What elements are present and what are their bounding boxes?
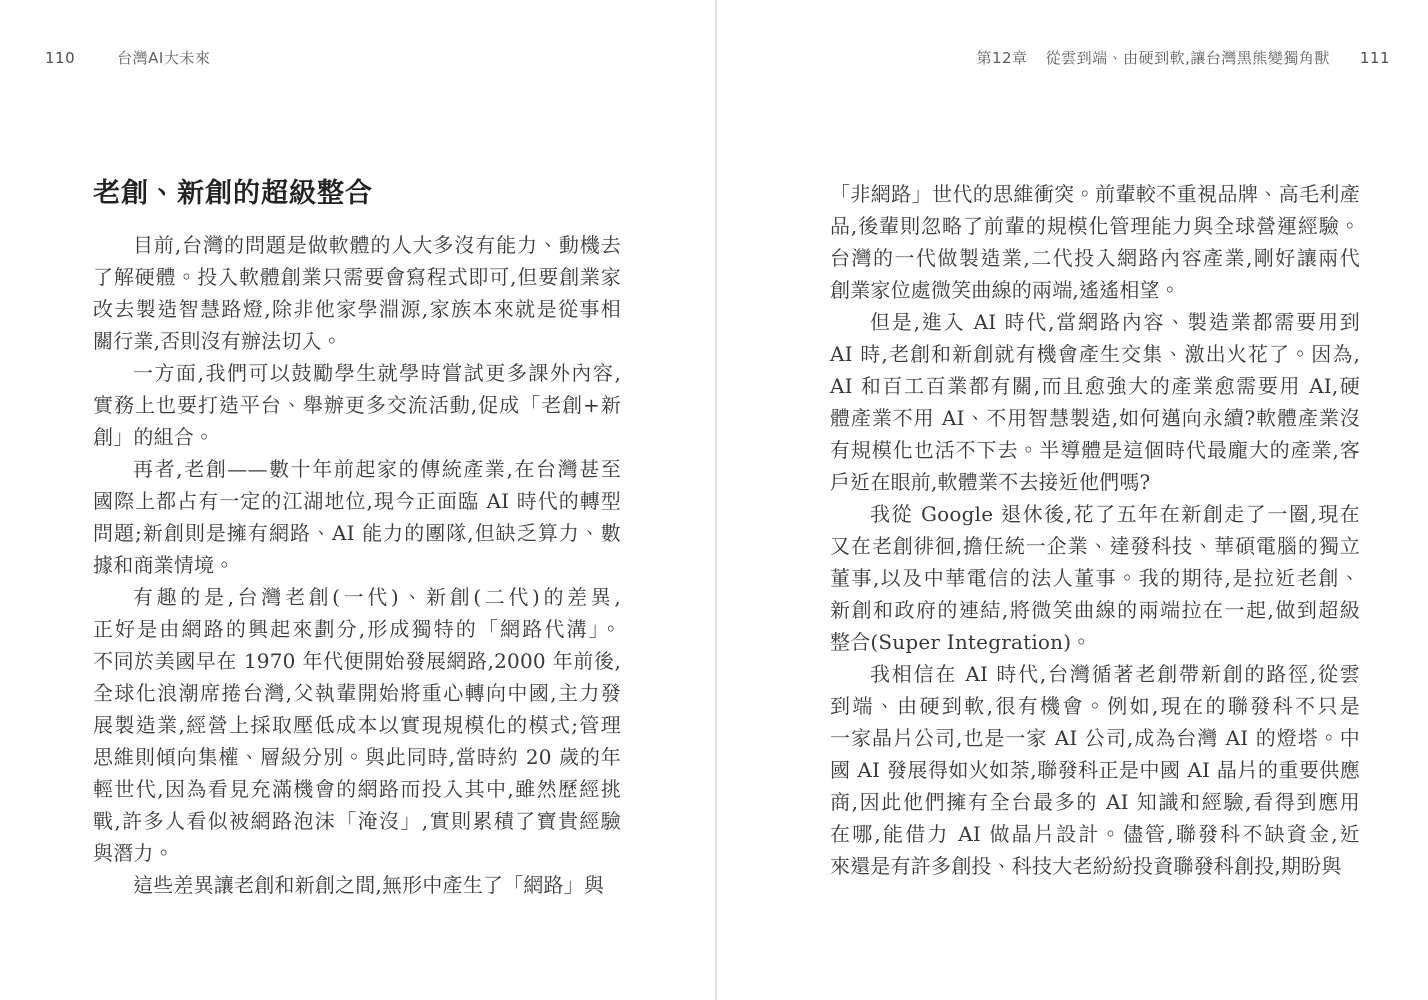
text-line: 目前,台灣的問題是做軟體的人大多沒有能力、動機去 <box>93 229 621 261</box>
right-text-column: 「非網路」世代的思維衝突。前輩較不重視品牌、高毛利產品,後輩則忽略了前輩的規模化… <box>830 178 1360 882</box>
text-line: 關行業,否則沒有辦法切入。 <box>93 325 621 357</box>
text-line: 實務上也要打造平台、舉辦更多交流活動,促成「老創+新 <box>93 389 621 421</box>
text-line: 又在老創徘徊,擔任統一企業、達發科技、華碩電腦的獨立 <box>830 530 1360 562</box>
text-line: 這些差異讓老創和新創之間,無形中產生了「網路」與 <box>93 869 621 901</box>
left-paragraphs: 目前,台灣的問題是做軟體的人大多沒有能力、動機去了解硬體。投入軟體創業只需要會寫… <box>93 229 621 901</box>
left-text-column: 老創、新創的超級整合 目前,台灣的問題是做軟體的人大多沒有能力、動機去了解硬體。… <box>93 178 621 901</box>
text-line: 商,因此他們擁有全台最多的 AI 知識和經驗,看得到應用 <box>830 786 1360 818</box>
text-line: 戶近在眼前,軟體業不去接近他們嗎? <box>830 466 1360 498</box>
left-running-title: 台灣AI大未來 <box>117 49 210 67</box>
section-heading: 老創、新創的超級整合 <box>93 178 621 210</box>
text-line: 我從 Google 退休後,花了五年在新創走了一圈,現在 <box>830 498 1360 530</box>
left-running-header: 110台灣AI大未來 <box>45 47 210 68</box>
text-line: 我相信在 AI 時代,台灣循著老創帶新創的路徑,從雲 <box>830 658 1360 690</box>
book-spread: 110台灣AI大未來 老創、新創的超級整合 目前,台灣的問題是做軟體的人大多沒有… <box>0 0 1428 1000</box>
text-line: 輕世代,因為看見充滿機會的網路而投入其中,雖然歷經挑 <box>93 773 621 805</box>
text-line: AI 時,老創和新創就有機會產生交集、激出火花了。因為, <box>830 338 1360 370</box>
text-line: 體產業不用 AI、不用智慧製造,如何邁向永續?軟體產業沒 <box>830 402 1360 434</box>
text-line: 改去製造智慧路燈,除非他家學淵源,家族本來就是從事相 <box>93 293 621 325</box>
text-line: 品,後輩則忽略了前輩的規模化管理能力與全球營運經驗。 <box>830 210 1360 242</box>
right-running-header: 第12章從雲到端、由硬到軟,讓台灣黑熊變獨角獸111 <box>976 47 1390 68</box>
text-line: 創」的組合。 <box>93 421 621 453</box>
paragraph: 我從 Google 退休後,花了五年在新創走了一圈,現在又在老創徘徊,擔任統一企… <box>830 498 1360 658</box>
text-line: 「非網路」世代的思維衝突。前輩較不重視品牌、高毛利產 <box>830 178 1360 210</box>
paragraph: 這些差異讓老創和新創之間,無形中產生了「網路」與 <box>93 869 621 901</box>
paragraph: 有趣的是,台灣老創(一代)、新創(二代)的差異,正好是由網路的興起來劃分,形成獨… <box>93 581 621 869</box>
text-line: AI 和百工百業都有關,而且愈強大的產業愈需要用 AI,硬 <box>830 370 1360 402</box>
right-paragraphs: 「非網路」世代的思維衝突。前輩較不重視品牌、高毛利產品,後輩則忽略了前輩的規模化… <box>830 178 1360 882</box>
text-line: 來還是有許多創投、科技大老紛紛投資聯發科創投,期盼與 <box>830 850 1360 882</box>
text-line: 問題;新創則是擁有網路、AI 能力的團隊,但缺乏算力、數 <box>93 517 621 549</box>
right-running-title: 從雲到端、由硬到軟,讓台灣黑熊變獨角獸 <box>1046 49 1330 67</box>
paragraph: 我相信在 AI 時代,台灣循著老創帶新創的路徑,從雲到端、由硬到軟,很有機會。例… <box>830 658 1360 882</box>
text-line: 董事,以及中華電信的法人董事。我的期待,是拉近老創、 <box>830 562 1360 594</box>
page-left: 110台灣AI大未來 老創、新創的超級整合 目前,台灣的問題是做軟體的人大多沒有… <box>0 0 714 1000</box>
text-line: 展製造業,經營上採取壓低成本以實現規模化的模式;管理 <box>93 709 621 741</box>
text-line: 再者,老創——數十年前起家的傳統產業,在台灣甚至 <box>93 453 621 485</box>
page-right: 第12章從雲到端、由硬到軟,讓台灣黑熊變獨角獸111 「非網路」世代的思維衝突。… <box>717 0 1428 1000</box>
text-line: 一方面,我們可以鼓勵學生就學時嘗試更多課外內容, <box>93 357 621 389</box>
text-line: 有規模化也活不下去。半導體是這個時代最龐大的產業,客 <box>830 434 1360 466</box>
paragraph: 目前,台灣的問題是做軟體的人大多沒有能力、動機去了解硬體。投入軟體創業只需要會寫… <box>93 229 621 357</box>
paragraph: 「非網路」世代的思維衝突。前輩較不重視品牌、高毛利產品,後輩則忽略了前輩的規模化… <box>830 178 1360 306</box>
paragraph: 但是,進入 AI 時代,當網路內容、製造業都需要用到AI 時,老創和新創就有機會… <box>830 306 1360 498</box>
text-line: 國際上都占有一定的江湖地位,現今正面臨 AI 時代的轉型 <box>93 485 621 517</box>
text-line: 國 AI 發展得如火如荼,聯發科正是中國 AI 晶片的重要供應 <box>830 754 1360 786</box>
text-line: 有趣的是,台灣老創(一代)、新創(二代)的差異, <box>93 581 621 613</box>
paragraph: 一方面,我們可以鼓勵學生就學時嘗試更多課外內容,實務上也要打造平台、舉辦更多交流… <box>93 357 621 453</box>
paragraph: 再者,老創——數十年前起家的傳統產業,在台灣甚至國際上都占有一定的江湖地位,現今… <box>93 453 621 581</box>
text-line: 新創和政府的連結,將微笑曲線的兩端拉在一起,做到超級 <box>830 594 1360 626</box>
text-line: 全球化浪潮席捲台灣,父執輩開始將重心轉向中國,主力發 <box>93 677 621 709</box>
text-line: 據和商業情境。 <box>93 549 621 581</box>
text-line: 一家晶片公司,也是一家 AI 公司,成為台灣 AI 的燈塔。中 <box>830 722 1360 754</box>
text-line: 與潛力。 <box>93 837 621 869</box>
text-line: 戰,許多人看似被網路泡沫「淹沒」,實則累積了寶貴經驗 <box>93 805 621 837</box>
text-line: 了解硬體。投入軟體創業只需要會寫程式即可,但要創業家 <box>93 261 621 293</box>
text-line: 到端、由硬到軟,很有機會。例如,現在的聯發科不只是 <box>830 690 1360 722</box>
text-line: 台灣的一代做製造業,二代投入網路內容產業,剛好讓兩代 <box>830 242 1360 274</box>
right-page-number: 111 <box>1360 49 1390 67</box>
chapter-label: 第12章 <box>976 49 1027 67</box>
text-line: 創業家位處微笑曲線的兩端,遙遙相望。 <box>830 274 1360 306</box>
text-line: 思維則傾向集權、層級分別。與此同時,當時約 20 歲的年 <box>93 741 621 773</box>
text-line: 整合(Super Integration)。 <box>830 626 1360 658</box>
text-line: 不同於美國早在 1970 年代便開始發展網路,2000 年前後, <box>93 645 621 677</box>
text-line: 在哪,能借力 AI 做晶片設計。儘管,聯發科不缺資金,近 <box>830 818 1360 850</box>
text-line: 但是,進入 AI 時代,當網路內容、製造業都需要用到 <box>830 306 1360 338</box>
text-line: 正好是由網路的興起來劃分,形成獨特的「網路代溝」。 <box>93 613 621 645</box>
left-page-number: 110 <box>45 49 75 67</box>
